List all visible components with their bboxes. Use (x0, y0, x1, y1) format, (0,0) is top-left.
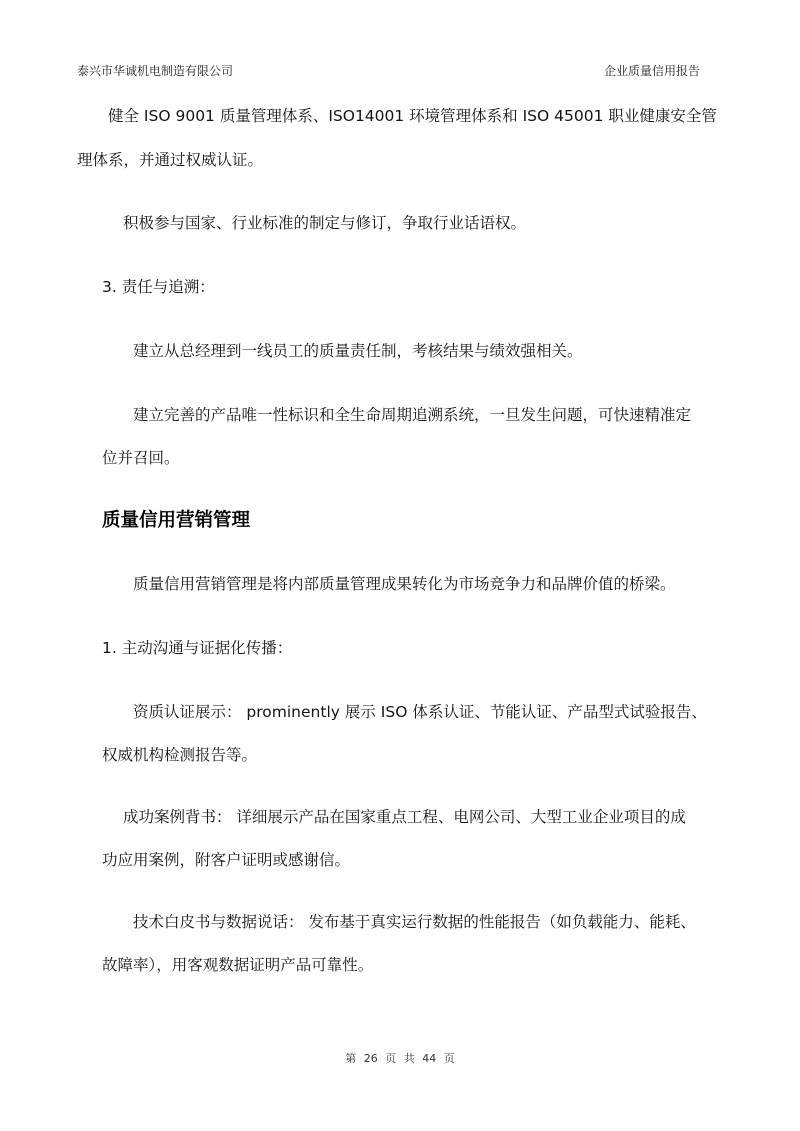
paragraph-intro: 质量信用营销管理是将内部质量管理成果转化为市场竞争力和品牌价值的桥梁。 (133, 574, 676, 594)
section-heading: 质量信用营销管理 (102, 509, 250, 533)
header-company: 泰兴市华诚机电制造有限公司 (77, 62, 233, 79)
paragraph-line: 资质认证展示： prominently 展示 ISO 体系认证、节能认证、产品型… (133, 702, 707, 722)
paragraph-line: 权威机构检测报告等。 (102, 745, 257, 765)
list-item-title-3: 3. 责任与追溯： (102, 277, 215, 297)
paragraph-line: 建立完善的产品唯一性标识和全生命周期追溯系统，一旦发生问题，可快速精准定 (133, 405, 691, 425)
paragraph-line: 技术白皮书与数据说话： 发布基于真实运行数据的性能报告（如负载能力、能耗、 (133, 912, 696, 932)
header-report-title: 企业质量信用报告 (604, 62, 700, 79)
list-item-title-1: 1. 主动沟通与证据化传播： (102, 638, 292, 658)
paragraph-line: 健全 ISO 9001 质量管理体系、ISO14001 环境管理体系和 ISO … (108, 106, 717, 126)
page-number: 第 26 页 共 44 页 (0, 1050, 800, 1066)
paragraph-line: 成功案例背书： 详细展示产品在国家重点工程、电网公司、大型工业企业项目的成 (123, 807, 686, 827)
paragraph-standards: 积极参与国家、行业标准的制定与修订，争取行业话语权。 (123, 213, 526, 233)
paragraph-responsibility: 建立从总经理到一线员工的质量责任制，考核结果与绩效强相关。 (133, 341, 583, 361)
paragraph-line: 功应用案例，附客户证明或感谢信。 (102, 850, 350, 870)
paragraph-line: 位并召回。 (102, 448, 180, 468)
paragraph-line: 故障率），用客观数据证明产品可靠性。 (102, 955, 373, 975)
paragraph-line: 理体系，并通过权威认证。 (77, 150, 263, 170)
